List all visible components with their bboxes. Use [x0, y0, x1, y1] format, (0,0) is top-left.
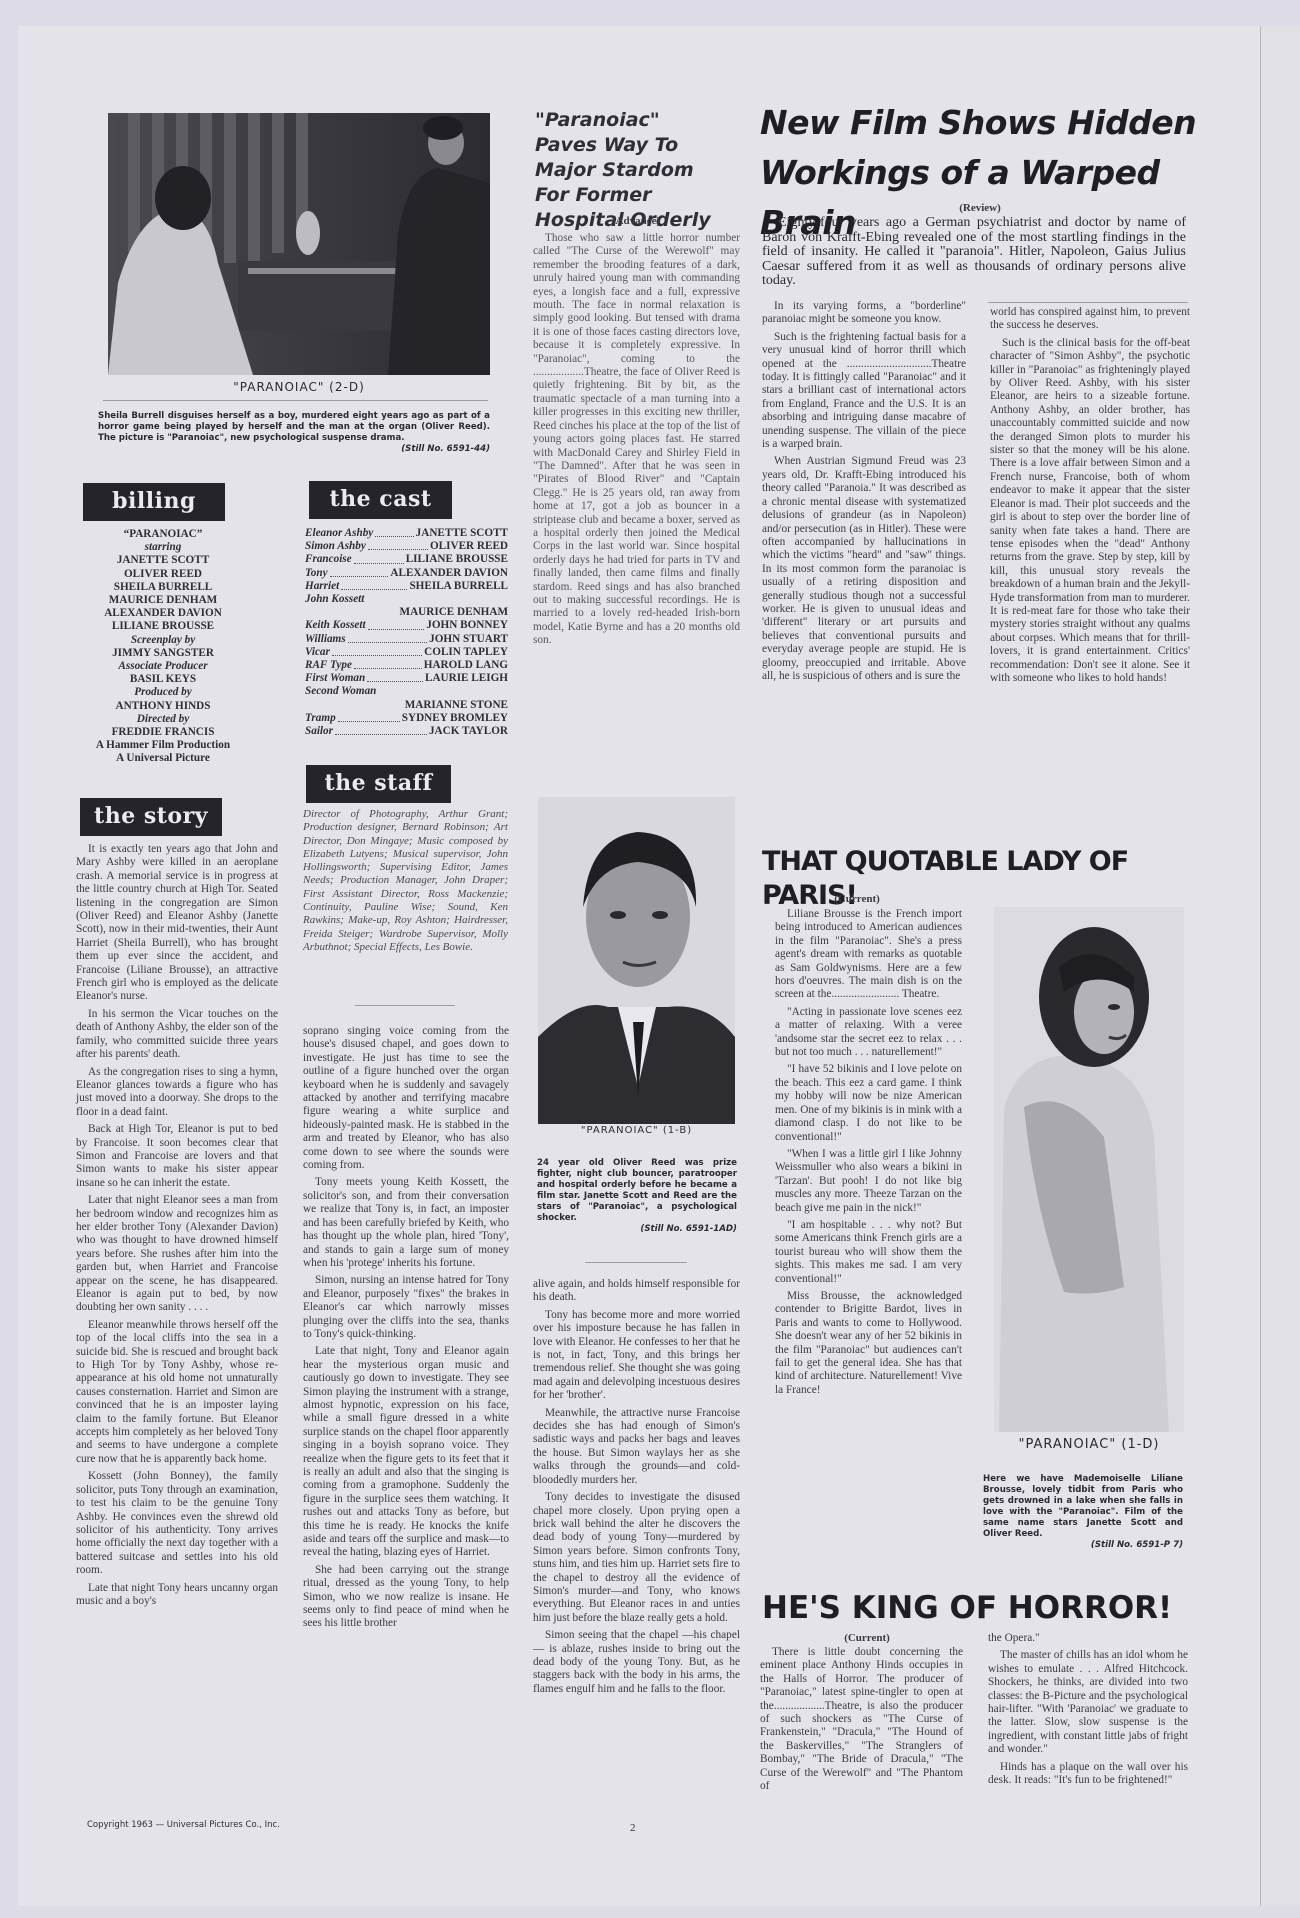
paragraph: Later that night Eleanor sees a man from… [76, 1194, 278, 1315]
cast-actor: COLIN TAPLEY [424, 646, 508, 659]
billing-line: JANETTE SCOTT [78, 554, 248, 567]
paragraph: Late that night, Tony and Eleanor again … [303, 1345, 509, 1560]
billing-line: ANTHONY HINDS [78, 700, 248, 713]
photo2-caption: 24 year old Oliver Reed was prize fighte… [537, 1158, 737, 1235]
photo1-caption: Sheila Burrell disguises herself as a bo… [98, 411, 490, 455]
cast-role: RAF Type [305, 659, 352, 672]
still-photo-liliane-brousse [994, 907, 1184, 1432]
still-photo-organ-scene [108, 113, 490, 375]
cast-actor: JOHN STUART [429, 633, 508, 646]
billing-block: “PARANOIAC”starringJANETTE SCOTTOLIVER R… [78, 528, 248, 766]
next-page-edge [1260, 26, 1300, 1906]
photo2-label: "PARANOIAC" (1-B) [538, 1125, 735, 1136]
paragraph: alive again, and holds himself responsib… [533, 1278, 740, 1305]
staff-credits: Director of Photography, Arthur Grant; P… [303, 808, 508, 954]
cast-role: Sailor [305, 725, 333, 738]
staff-heading: the staff [306, 765, 451, 803]
oliver-reed-portrait [538, 797, 735, 1124]
cast-role: Harriet [305, 580, 339, 593]
king-headline: HE'S KING OF HORROR! [762, 1590, 1202, 1626]
billing-line: JIMMY SANGSTER [78, 647, 248, 660]
story-column-3: alive again, and holds himself responsib… [533, 1278, 740, 1700]
cast-row: Keith KossettJOHN BONNEY [305, 619, 508, 632]
paragraph: It is exactly ten years ago that John an… [76, 843, 278, 1004]
billing-line: Produced by [78, 686, 248, 699]
king-column-1: There is little doubt concerning the emi… [760, 1646, 963, 1797]
cast-actor: MAURICE DENHAM [305, 606, 508, 619]
leader-dots [354, 553, 404, 563]
billing-line: Associate Producer [78, 660, 248, 673]
cast-heading: the cast [309, 481, 452, 519]
cast-role: Williams [305, 633, 346, 646]
still-photo-oliver-reed [538, 797, 735, 1124]
cast-role: First Woman [305, 672, 365, 685]
paragraph: world has conspired against him, to prev… [990, 306, 1190, 333]
advance-dept-label: (Advance) [533, 215, 739, 227]
paragraph: Miss Brousse, the acknowledged contender… [775, 1290, 962, 1397]
cast-role: Keith Kossett [305, 619, 366, 632]
leader-dots [348, 633, 428, 643]
cast-row: SailorJACK TAYLOR [305, 725, 508, 738]
cast-role: Second Woman [305, 685, 376, 698]
paragraph: the Opera." [988, 1632, 1188, 1645]
cast-actor: MARIANNE STONE [305, 699, 508, 712]
cast-list: Eleanor AshbyJANETTE SCOTTSimon AshbyOLI… [305, 527, 508, 738]
leader-dots [368, 619, 425, 629]
still-number: (Still No. 6591-44) [98, 444, 490, 455]
cast-role: Vicar [305, 646, 330, 659]
paragraph: When Austrian Sigmund Freud was 23 years… [762, 455, 966, 683]
paragraph: In his sermon the Vicar touches on the d… [76, 1008, 278, 1062]
cast-row: Eleanor AshbyJANETTE SCOTT [305, 527, 508, 540]
leader-dots [330, 567, 389, 577]
paragraph: "When I was a little girl I like Johnny … [775, 1148, 962, 1215]
paragraph: Eleanor meanwhile throws herself off the… [76, 1319, 278, 1466]
cast-actor: OLIVER REED [430, 540, 508, 553]
billing-heading: billing [83, 483, 225, 521]
paragraph: Liliane Brousse is the French import bei… [775, 908, 962, 1002]
paragraph: As the congregation rises to sing a hymn… [76, 1066, 278, 1120]
king-dept-label: (Current) [762, 1632, 972, 1644]
cast-actor: JOHN BONNEY [426, 619, 508, 632]
paragraph: "I have 52 bikinis and I love pelote on … [775, 1063, 962, 1143]
billing-line: starring [78, 541, 248, 554]
leader-dots [368, 540, 428, 550]
paragraph: Such is the frightening factual basis fo… [762, 331, 966, 452]
cast-actor: JANETTE SCOTT [416, 527, 508, 540]
paragraph: Such is the clinical basis for the off-b… [990, 337, 1190, 686]
liliane-brousse-portrait [994, 907, 1184, 1432]
cast-row: Second Woman [305, 685, 508, 698]
cast-role: Eleanor Ashby [305, 527, 373, 540]
cast-row: TrampSYDNEY BROMLEY [305, 712, 508, 725]
photo1-label: "PARANOIAC" (2-D) [108, 380, 490, 394]
cast-row: WilliamsJOHN STUART [305, 633, 508, 646]
billing-line: “PARANOIAC” [78, 528, 248, 541]
leader-dots [375, 527, 413, 537]
page-number: 2 [630, 1822, 636, 1834]
king-column-2: the Opera."The master of chills has an i… [988, 1632, 1188, 1791]
photo3-caption: Here we have Mademoiselle Liliane Brouss… [983, 1474, 1183, 1551]
paragraph: Late that night Tony hears uncanny organ… [76, 1582, 278, 1609]
cast-actor: SHEILA BURRELL [409, 580, 508, 593]
paragraph: Meanwhile, the attractive nurse Francois… [533, 1407, 740, 1487]
billing-line: FREDDIE FRANCIS [78, 726, 248, 739]
paris-body: Liliane Brousse is the French import bei… [775, 908, 962, 1401]
billing-line: OLIVER REED [78, 568, 248, 581]
paragraph: Back at High Tor, Eleanor is put to bed … [76, 1123, 278, 1190]
leader-dots [332, 646, 422, 656]
still-number: (Still No. 6591-1AD) [537, 1224, 737, 1235]
cast-role: Francoise [305, 553, 352, 566]
organ-scene-illustration [108, 113, 490, 375]
review-column-1: In its varying forms, a "borderline" par… [762, 300, 966, 687]
leader-dots [367, 672, 423, 682]
leader-dots [354, 659, 422, 669]
paragraph: Simon seeing that the chapel —his chapel… [533, 1629, 740, 1696]
billing-line: Screenplay by [78, 634, 248, 647]
billing-line: SHEILA BURRELL [78, 581, 248, 594]
cast-row: First WomanLAURIE LEIGH [305, 672, 508, 685]
cast-actor: HAROLD LANG [424, 659, 508, 672]
cast-row: Simon AshbyOLIVER REED [305, 540, 508, 553]
paragraph: Those who saw a little horror number cal… [533, 232, 740, 648]
cast-role: Tony [305, 567, 328, 580]
advance-body: Those who saw a little horror number cal… [533, 232, 740, 652]
divider [585, 1262, 687, 1263]
billing-line: LILIANE BROUSSE [78, 620, 248, 633]
divider [988, 302, 1188, 303]
cast-actor: SYDNEY BROMLEY [402, 712, 508, 725]
billing-line: MAURICE DENHAM [78, 594, 248, 607]
paragraph: Tony meets young Keith Kossett, the soli… [303, 1176, 509, 1270]
cast-row: RAF TypeHAROLD LANG [305, 659, 508, 672]
paragraph: "Acting in passionate love scenes eez a … [775, 1006, 962, 1060]
paragraph: In its varying forms, a "borderline" par… [762, 300, 966, 327]
divider [103, 400, 488, 401]
cast-actor: LAURIE LEIGH [425, 672, 508, 685]
billing-line: ALEXANDER DAVION [78, 607, 248, 620]
cast-actor: JACK TAYLOR [429, 725, 508, 738]
review-lead: Eighty-four years ago a German psychiatr… [762, 216, 1186, 289]
paragraph: Kossett (John Bonney), the family solici… [76, 1470, 278, 1577]
story-column-2: soprano singing voice coming from the ho… [303, 1025, 509, 1635]
paragraph: There is little doubt concerning the emi… [760, 1646, 963, 1793]
cast-row: John Kossett [305, 593, 508, 606]
story-column-1: It is exactly ten years ago that John an… [76, 843, 278, 1612]
paris-dept-label: (Current) [762, 893, 952, 905]
cast-role: Simon Ashby [305, 540, 366, 553]
cast-actor: LILIANE BROUSSE [406, 553, 508, 566]
cast-row: HarrietSHEILA BURRELL [305, 580, 508, 593]
still-number: (Still No. 6591-P 7) [983, 1540, 1183, 1551]
billing-line: A Hammer Film Production [78, 739, 248, 752]
leader-dots [341, 580, 407, 590]
paragraph: Tony has become more and more worried ov… [533, 1309, 740, 1403]
cast-row: VicarCOLIN TAPLEY [305, 646, 508, 659]
paragraph: The master of chills has an idol whom he… [988, 1649, 1188, 1756]
paragraph: Simon, nursing an intense hatred for Ton… [303, 1274, 509, 1341]
cast-actor: ALEXANDER DAVION [390, 567, 508, 580]
paragraph: "I am hospitable . . . why not? But some… [775, 1219, 962, 1286]
cast-role: Tramp [305, 712, 336, 725]
photo3-label: "PARANOIAC" (1-D) [994, 1437, 1184, 1452]
cast-role: John Kossett [305, 593, 364, 606]
billing-line: A Universal Picture [78, 752, 248, 765]
review-dept-label: (Review) [760, 202, 1200, 214]
paragraph: Tony decides to investigate the disused … [533, 1491, 740, 1625]
paragraph: soprano singing voice coming from the ho… [303, 1025, 509, 1172]
paragraph: She had been carrying out the strange ri… [303, 1564, 509, 1631]
leader-dots [338, 712, 400, 722]
story-heading: the story [80, 798, 222, 836]
billing-line: Directed by [78, 713, 248, 726]
review-column-2: world has conspired against him, to prev… [990, 306, 1190, 689]
divider [355, 1005, 455, 1006]
cast-row: TonyALEXANDER DAVION [305, 567, 508, 580]
review-headline-line1: New Film Shows Hidden [760, 98, 1200, 148]
leader-dots [335, 725, 427, 735]
paragraph: Hinds has a plaque on the wall over his … [988, 1761, 1188, 1788]
billing-line: BASIL KEYS [78, 673, 248, 686]
copyright-notice: Copyright 1963 — Universal Pictures Co.,… [87, 1820, 280, 1830]
cast-row: FrancoiseLILIANE BROUSSE [305, 553, 508, 566]
